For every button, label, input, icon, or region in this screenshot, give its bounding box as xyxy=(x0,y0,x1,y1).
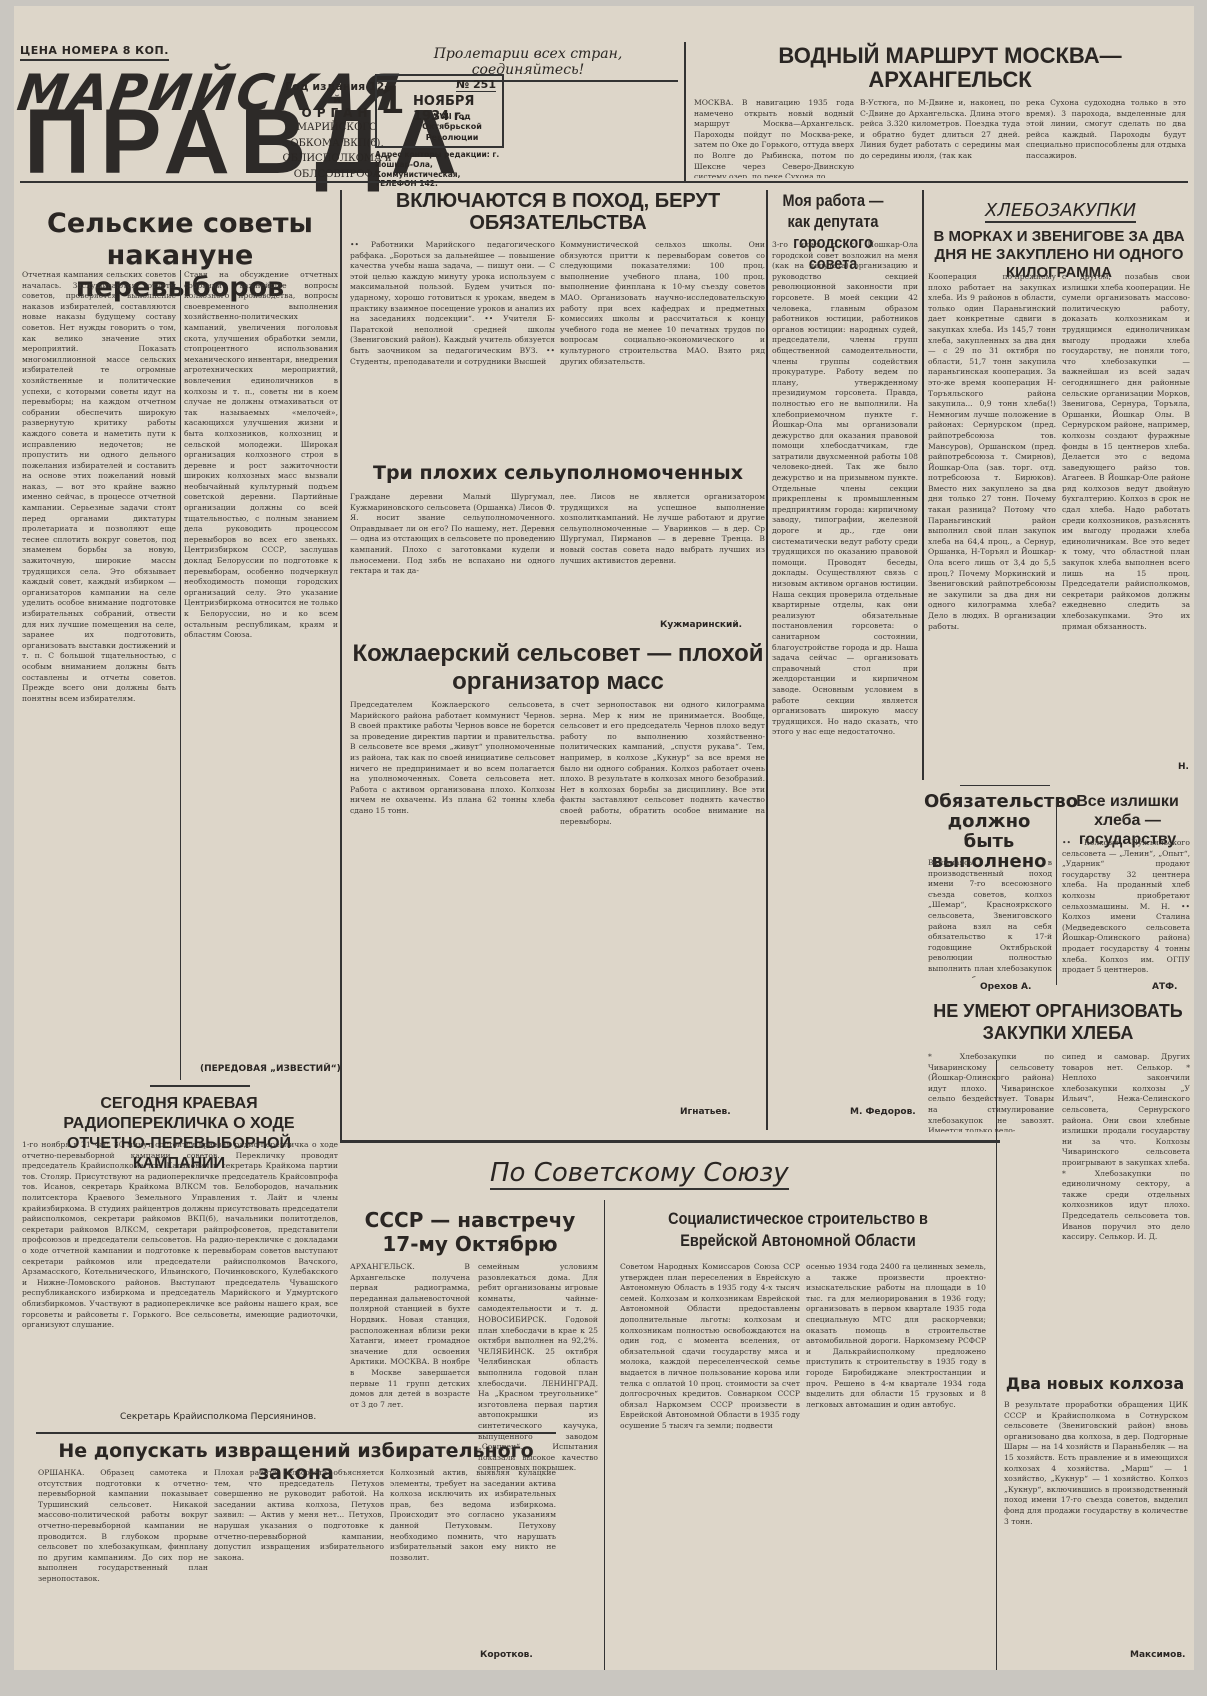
surplus-text: •• Колхозы Нужъяльского сельсовета — „Ле… xyxy=(1062,838,1190,978)
obligation-signature: Орехов А. xyxy=(980,982,1031,992)
three-bad-col2: лее. Лисов не является организатором тру… xyxy=(560,492,765,617)
revolution-year: XVII год Октябрьской Революции xyxy=(407,112,497,143)
headline-cannot-organize: НЕ УМЕЮТ ОРГАНИЗОВАТЬ ЗАКУПКИ ХЛЕБА xyxy=(924,1000,1192,1044)
two-new-kolkhoz-text: В результате проработки обращения ЦИК СС… xyxy=(1004,1400,1188,1650)
morki-col2: с другом, позабыв свои излишки хлеба коо… xyxy=(1062,272,1190,762)
rubric-ussr: По Советскому Союзу xyxy=(490,1158,789,1190)
cannot-organize-col2: сипед и самовар. Других товаров нет. Сел… xyxy=(1062,1052,1190,1372)
masthead-rule xyxy=(20,181,1188,183)
deputy-text: 3-го июня с. г. Йошкар-Ола городской сов… xyxy=(772,240,918,1110)
towards-october-col1: АРХАНГЕЛЬСК. В Архангельске получена пер… xyxy=(350,1262,470,1462)
cannot-organize-col1: * Хлебозакупки по Чиваринскому сельсовет… xyxy=(928,1052,1054,1132)
divider xyxy=(684,42,686,182)
morki-signature: Н. xyxy=(1178,762,1189,772)
village-soviets-col2: Ставя на обсуждение отчетных собраний ва… xyxy=(184,270,338,1060)
headline-two-new-kolkhoz: Два новых колхоза xyxy=(1000,1374,1190,1393)
headline-three-bad: Три плохих сельуполномоченных xyxy=(348,462,768,484)
kozhlaer-col2: в счет зернопоставок ни одного килограмм… xyxy=(560,700,765,1075)
radio-text: 1-го ноября в 21 час. 30 минут состоится… xyxy=(22,1140,338,1410)
three-bad-col1: Граждане деревни Малый Шургумал, Кужмари… xyxy=(350,492,555,634)
divider xyxy=(180,270,181,1080)
headline-campaign: ВКЛЮЧАЮТСЯ В ПОХОД, БЕРУТ ОБЯЗАТЕЛЬСТВА xyxy=(348,190,768,234)
jewish-region-col1: Советом Народных Комиссаров Союза ССР ут… xyxy=(620,1262,800,1672)
divider xyxy=(340,1140,1000,1143)
editorial-address: Адрес конторы редакции: г. Йошкар-Ола, К… xyxy=(375,150,503,189)
campaign-col1: •• Работники Марийского педагогического … xyxy=(350,240,555,452)
campaign-col2: Коммунистической сельхоз школы. Они обяз… xyxy=(560,240,765,452)
headline-towards-october: СССР — навстречу 17-му Октябрю xyxy=(350,1208,590,1256)
obligation-text: Включаясь в производственный поход имени… xyxy=(928,858,1052,978)
two-new-kolkhoz-signature: Максимов. xyxy=(1130,1650,1185,1660)
water-route-col2: В-Устюга, по М-Двине и, наконец, по С-Дв… xyxy=(860,98,1020,178)
headline-kozhlaer: Кожлаерский сельсовет — плохой организат… xyxy=(348,640,768,696)
distortions-col2: Плохая работа сельсовета объясняется тем… xyxy=(214,1468,384,1668)
issue-day: 1 xyxy=(381,78,403,123)
water-route-col1: МОСКВА. В навигацию 1935 года намечено о… xyxy=(694,98,854,178)
radio-signature: Секретарь Крайисполкома Персиянинов. xyxy=(120,1412,316,1422)
divider xyxy=(1056,800,1057,985)
divider xyxy=(766,190,768,1130)
three-bad-signature: Кужмаринский. xyxy=(660,620,742,630)
morki-col1: Кооперация по-прежнему плохо работает на… xyxy=(928,272,1056,772)
divider xyxy=(340,190,342,1140)
village-soviets-source: (ПЕРЕДОВАЯ „ИЗВЕСТИЙ“) xyxy=(200,1064,341,1074)
price-label: ЦЕНА НОМЕРА 8 КОП. xyxy=(20,44,169,61)
water-route-col3: река Сухона судоходна только в это время… xyxy=(1026,98,1186,178)
scan-margin xyxy=(0,1670,1207,1696)
deputy-signature: М. Федоров. xyxy=(850,1107,916,1117)
rubric-grain: ХЛЕБОЗАКУПКИ xyxy=(985,200,1136,223)
towards-october-col2: семейным условиям разовлекаться дома. Дл… xyxy=(478,1262,598,1672)
kozhlaer-signature: Игнатьев. xyxy=(680,1107,731,1117)
kozhlaer-col1: Председателем Кожлаерского сельсовета, М… xyxy=(350,700,555,1095)
surplus-signature: АТФ. xyxy=(1152,982,1177,992)
divider xyxy=(922,190,924,780)
distortions-col1: ОРШАНКА. Образец самотека и отсутствия п… xyxy=(38,1468,208,1668)
headline-water-route: ВОДНЫЙ МАРШРУТ МОСКВА—АРХАНГЕЛЬСК xyxy=(700,44,1200,92)
jewish-region-col2: осенью 1934 года 2400 га целинных земель… xyxy=(806,1262,986,1672)
divider xyxy=(996,1060,997,1670)
divider xyxy=(604,1200,605,1670)
headline-jewish-region: Социалистическое строительство в Еврейск… xyxy=(637,1208,960,1252)
issue-number: № 251 xyxy=(456,78,496,92)
date-box: № 251 1 НОЯБРЯ 1934 г. XVII год Октябрьс… xyxy=(375,74,504,148)
divider xyxy=(150,1085,250,1087)
divider xyxy=(960,785,1050,786)
village-soviets-col1: Отчетная кампания сельских советов начал… xyxy=(22,270,176,1080)
